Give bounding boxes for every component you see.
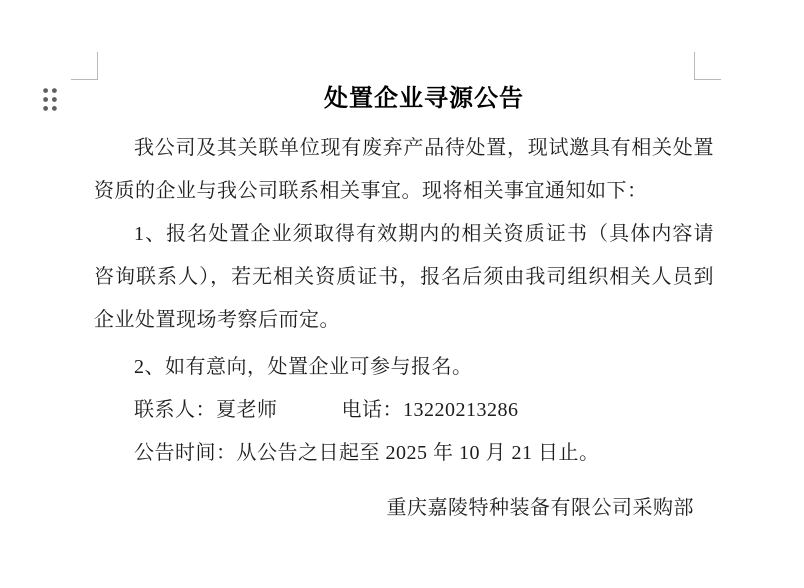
page-margin-mark-top-left	[71, 52, 98, 80]
page-margin-mark-top-right	[694, 52, 721, 80]
paragraph-intro: 我公司及其关联单位现有废弃产品待处置，现试邀具有相关处置资质的企业与我公司联系相…	[94, 127, 714, 213]
document-title: 处置企业寻源公告	[94, 84, 714, 114]
paragraph-item-2: 2、如有意向，处置企业可参与报名。	[94, 346, 714, 389]
notice-period-line: 公告时间：从公告之日起至 2025 年 10 月 21 日止。	[94, 432, 714, 475]
drag-handle-icon[interactable]	[43, 88, 57, 111]
contact-person: 联系人：夏老师	[134, 399, 278, 421]
paragraph-item-1: 1、报名处置企业须取得有效期内的相关资质证书（具体内容请咨询联系人），若无相关资…	[94, 213, 714, 342]
announcement-document: 处置企业寻源公告 我公司及其关联单位现有废弃产品待处置，现试邀具有相关处置资质的…	[94, 84, 714, 530]
contact-line: 联系人：夏老师电话：13220213286	[94, 389, 714, 432]
document-page: 处置企业寻源公告 我公司及其关联单位现有废弃产品待处置，现试邀具有相关处置资质的…	[0, 0, 804, 588]
signature-line: 重庆嘉陵特种装备有限公司采购部	[94, 487, 714, 530]
contact-phone: 电话：13220213286	[342, 399, 519, 421]
